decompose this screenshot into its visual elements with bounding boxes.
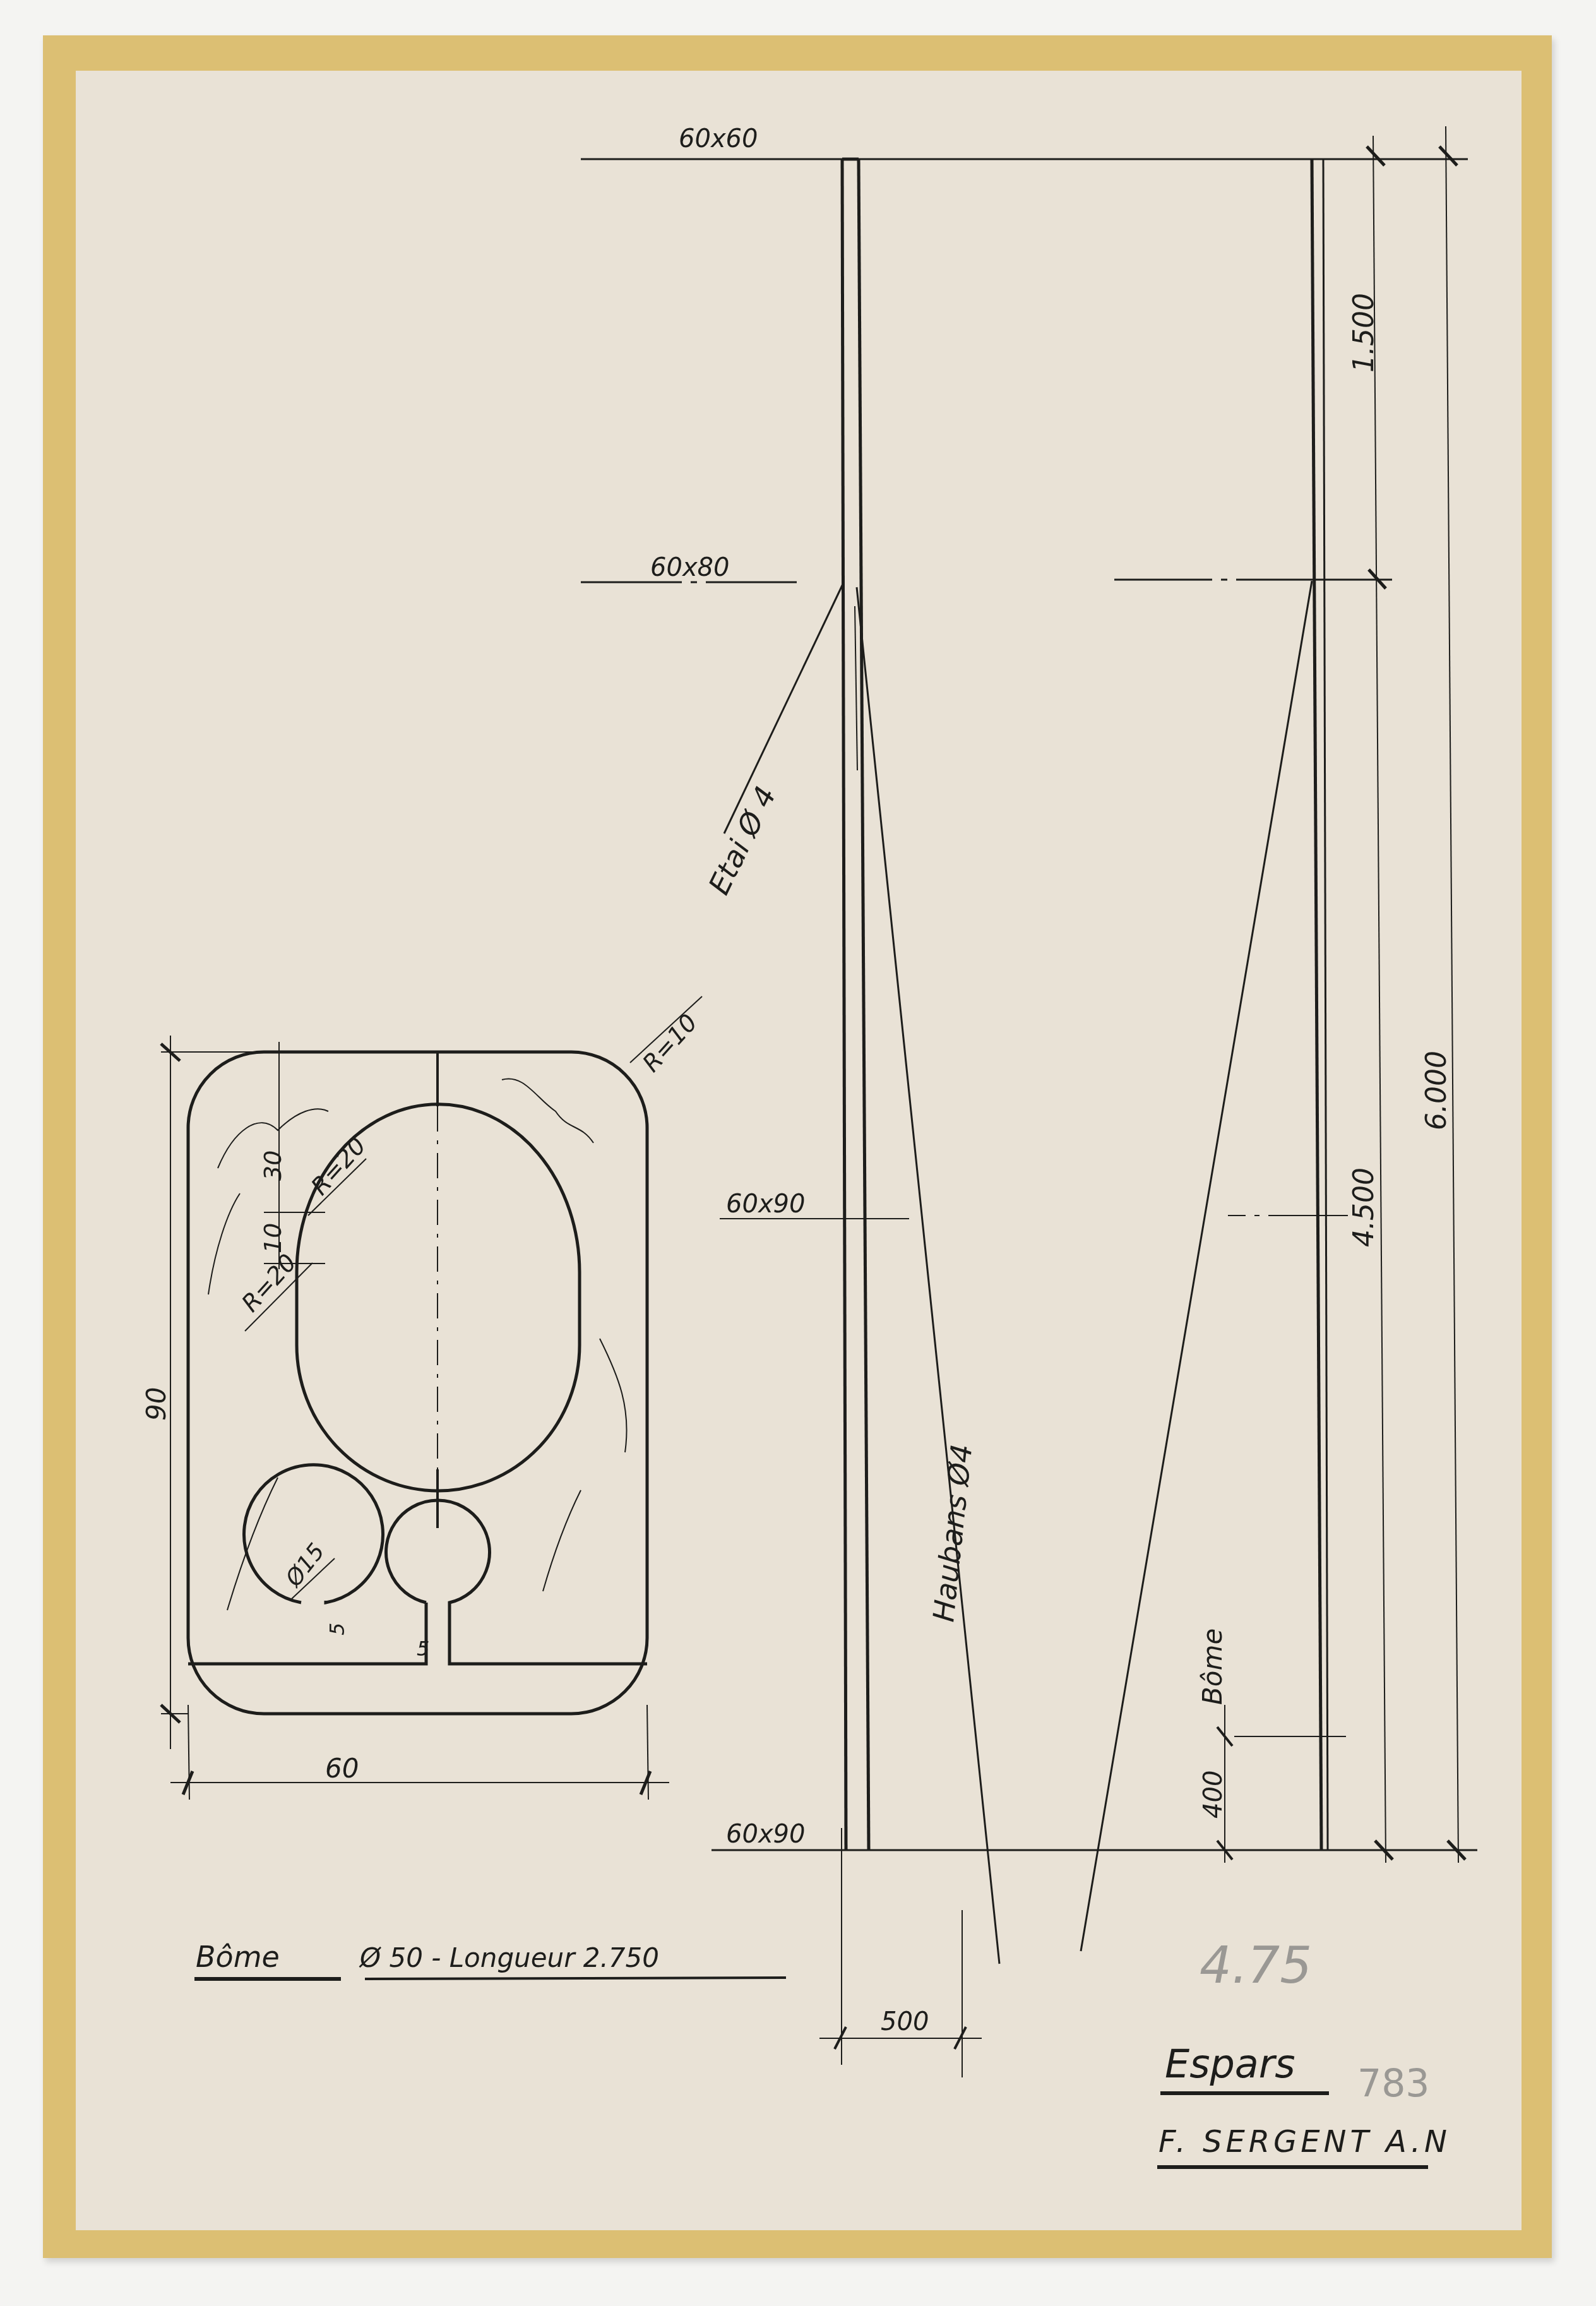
shroud-label: Haubans Ø4 [926, 1443, 979, 1624]
pencil-ref-number: 783 [1357, 2062, 1430, 2106]
mast-aft-edge [842, 159, 846, 1850]
section-top-label: 60x60 [679, 124, 758, 153]
section-outline [188, 1052, 647, 1714]
boom-spec-underline [365, 1978, 786, 1979]
track-hole [244, 1465, 383, 1603]
mast-cross-section: 90 60 30 10 R=20 R=20 R=10 Ø15 5 5 [141, 996, 703, 1800]
slot-depth-label: 5 [325, 1623, 349, 1635]
dim-height-90: 90 [141, 1387, 172, 1421]
boom-note-label: Bôme [196, 1940, 280, 1974]
wood-grain [543, 1490, 581, 1591]
track-diameter-label: Ø15 [280, 1539, 330, 1592]
boom-note-spec: Ø 50 - Longueur 2.750 [359, 1942, 659, 1973]
boom-note: Bôme Ø 50 - Longueur 2.750 [194, 1940, 786, 1979]
mast-edge-right [1323, 159, 1328, 1850]
tick [1367, 146, 1385, 165]
dim-top-to-hounds: 1.500 [1348, 293, 1380, 373]
corner-radius-label: R=10 [637, 1008, 703, 1077]
mast-front-view: 1.500 4.500 6.000 400 Bôme [862, 126, 1468, 1951]
section-foot-label: 60x90 [726, 1820, 805, 1849]
forestay-label: Etai Ø 4 [701, 781, 783, 900]
designer-signature: F. SERGENT A.N [1158, 2124, 1451, 2160]
shroud-line [857, 587, 999, 1964]
wood-grain [600, 1339, 627, 1452]
dim-boom-height: 400 [1199, 1771, 1228, 1819]
mast-edge-left [1312, 159, 1321, 1850]
dim-upper-offset-30: 30 [259, 1150, 287, 1181]
section-mid-label: 60x90 [726, 1190, 805, 1219]
slot-width-label: 5 [417, 1637, 429, 1661]
wood-grain [208, 1193, 240, 1294]
pencil-scale-note: 4.75 [1200, 1936, 1312, 1995]
mast-centerline [855, 606, 857, 770]
sheet-title: Espars [1165, 2041, 1295, 2087]
section-hounds-label: 60x80 [650, 553, 729, 582]
mast-fore-edge [859, 159, 869, 1850]
boom-position-label: Bôme [1197, 1628, 1228, 1705]
dim-center-offset-10: 10 [259, 1223, 287, 1253]
shroud-front-line [1081, 581, 1312, 1951]
dim-overall-height: 6.000 [1420, 1051, 1453, 1130]
dim-line-inner [1373, 136, 1386, 1863]
dim-width-60: 60 [325, 1753, 359, 1784]
title-block: 4.75 Espars 783 F. SERGENT A.N [1157, 1936, 1451, 2167]
dim-hounds-to-deck: 4.500 [1348, 1168, 1380, 1247]
offset-500-label: 500 [881, 2007, 929, 2036]
dim-ext-right [647, 1705, 648, 1800]
mast-side-view: Etai Ø 4 Haubans Ø4 500 60x60 60x80 60x9… [581, 124, 1477, 2077]
upper-radius-label: R=20 [306, 1132, 371, 1200]
dim-line-outer [1446, 126, 1458, 1863]
tick [1439, 146, 1457, 165]
drawing-canvas: Etai Ø 4 Haubans Ø4 500 60x60 60x80 60x9… [0, 0, 1596, 2306]
forestay-line [724, 584, 843, 833]
